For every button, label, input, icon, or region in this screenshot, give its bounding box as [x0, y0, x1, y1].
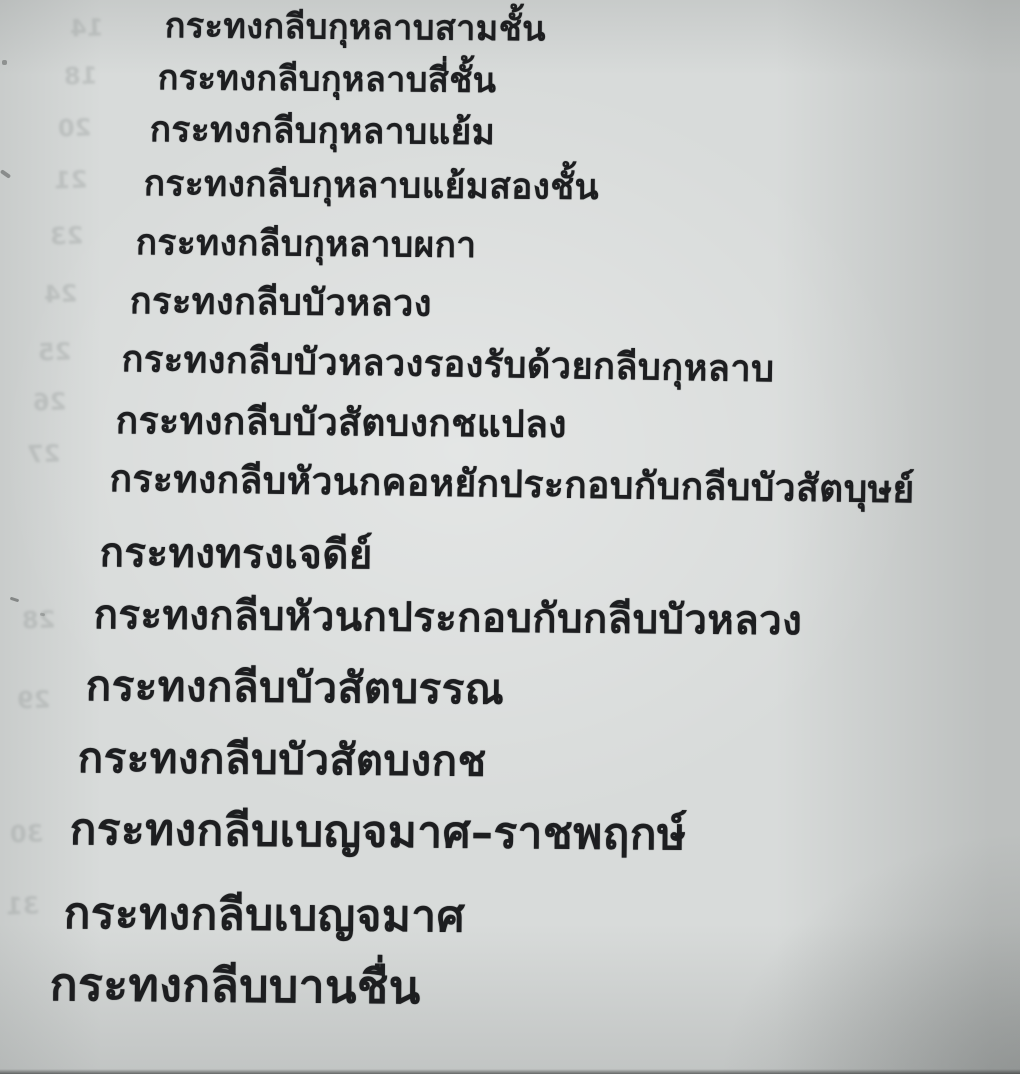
paper-speck	[10, 597, 19, 603]
toc-entry: กระทงกลีบบัวหลวง	[130, 279, 433, 328]
toc-entry: กระทงทรงเจดีย์	[100, 527, 373, 581]
bleedthrough-number: 20	[58, 113, 92, 142]
toc-entry: กระทงกลีบหัวนกประกอบกับกลีบบัวหลวง	[94, 589, 803, 647]
toc-entry: กระทงกลีบกุหลาบแย้ม	[150, 108, 496, 157]
paper-speck	[2, 60, 7, 65]
bleedthrough-number: 26	[33, 387, 67, 416]
bleedthrough-number: 14	[70, 13, 104, 42]
toc-entry: กระทงกลีบบัวหลวงรองรับด้วยกลีบกุหลาบ	[121, 337, 775, 394]
toc-entry: กระทงกลีบเบญจมาศ–ราชพฤกษ์	[70, 801, 687, 864]
toc-entry: กระทงกลีบบัวสัตบงกช	[78, 731, 487, 789]
page-bottom-edge	[0, 1069, 1020, 1074]
bleedthrough-number: 24	[44, 279, 78, 308]
toc-entry: กระทงกลีบบัวสัตบงกชแปลง	[116, 397, 568, 449]
toc-entry: กระทงกลีบกุหลาบสี่ชั้น	[158, 56, 497, 103]
bleedthrough-number: 21	[54, 165, 88, 194]
bleedthrough-number: 31	[6, 891, 40, 920]
toc-entry: กระทงกลีบบัวสัตบรรณ	[86, 659, 505, 717]
bleedthrough-number: 29	[17, 685, 51, 714]
bleedthrough-number: 18	[64, 61, 98, 90]
bleedthrough-number: 28	[22, 605, 56, 634]
toc-entry: กระทงกลีบบานชื่น	[49, 955, 420, 1018]
bleedthrough-number: 27	[27, 439, 61, 468]
book-page: กระทงกลีบกุหลาบสามชั้น กระทงกลีบกุหลาบสี…	[0, 0, 1020, 1074]
toc-entry: กระทงกลีบเบญจมาศ	[64, 885, 466, 946]
bleedthrough-number: 30	[10, 819, 44, 848]
paper-speck	[40, 613, 45, 617]
bleedthrough-number: 25	[38, 337, 72, 366]
toc-entry: กระทงกลีบกุหลาบแย้มสองชั้น	[144, 162, 600, 211]
toc-entry: กระทงกลีบหัวนกคอหยักประกอบกับกลีบบัวสัตบ…	[109, 455, 915, 514]
toc-entry: กระทงกลีบกุหลาบสามชั้น	[165, 4, 547, 52]
bleedthrough-number: 23	[50, 221, 84, 250]
paper-speck	[0, 169, 11, 179]
toc-entry: กระทงกลีบกุหลาบผกา	[136, 221, 477, 269]
